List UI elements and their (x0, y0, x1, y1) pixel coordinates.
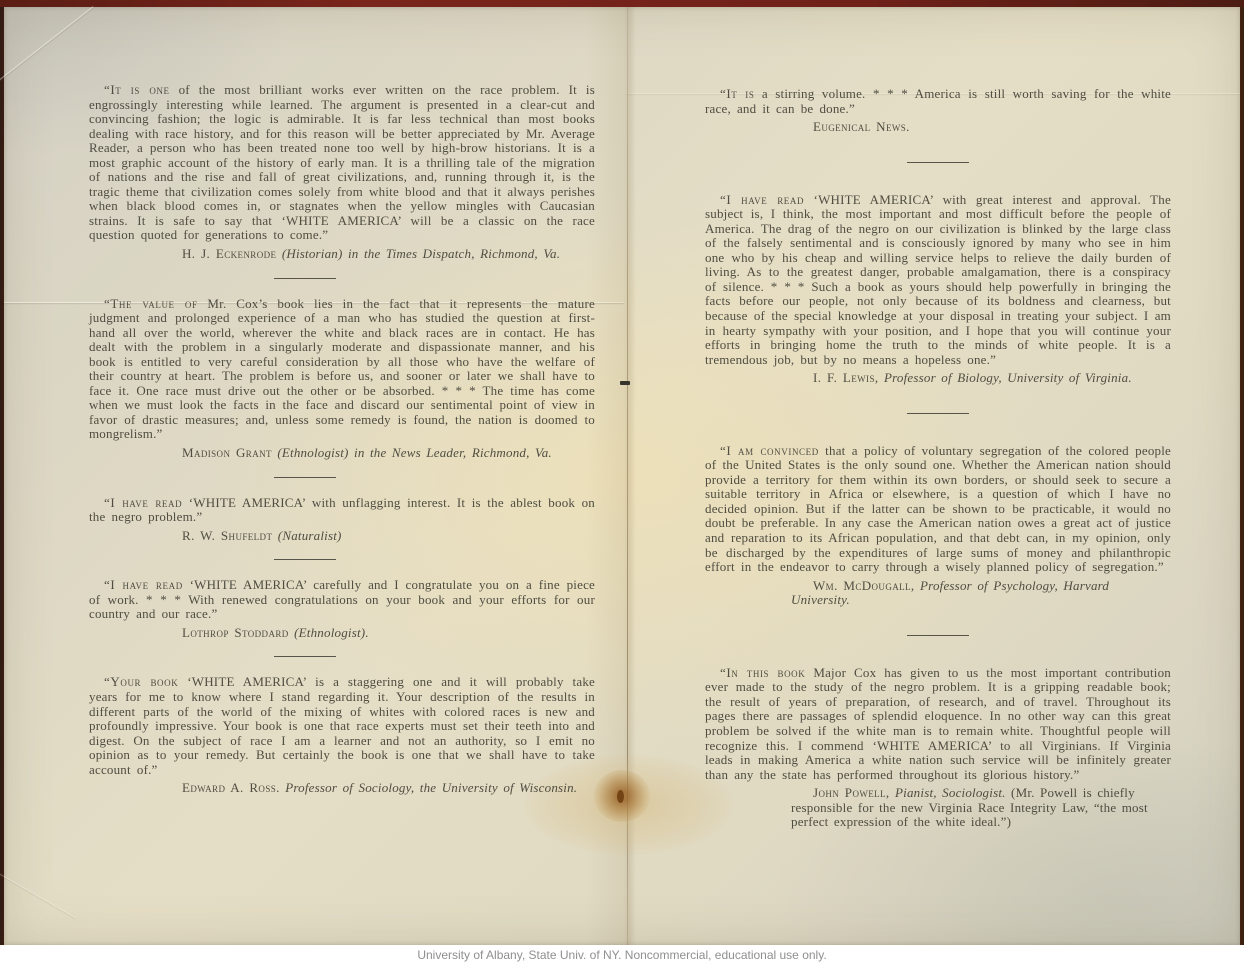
section-divider (274, 477, 336, 478)
section-divider (274, 278, 336, 279)
attribution-name: Lothrop Stoddard (182, 625, 289, 640)
review-attribution: Eugenical News. (705, 120, 1171, 135)
scan-backing-top-edge (0, 0, 1244, 7)
review-powell: “In this book Major Cox has given to us … (705, 666, 1171, 830)
review-body: ‘WHITE AMERICA’ with great interest and … (705, 192, 1171, 367)
review-lead: “Your book (104, 674, 178, 689)
attribution-role: Professor of Biology, University of Virg… (879, 370, 1132, 385)
review-lead: “The value of (104, 296, 198, 311)
review-lewis: “I have read ‘WHITE AMERICA’ with great … (705, 193, 1171, 386)
left-page: “It is one of the most brilliant works e… (89, 83, 595, 796)
review-body: Major Cox has given to us the most impor… (705, 665, 1171, 782)
attribution-role: (Naturalist) (272, 528, 341, 543)
review-attribution: Edward A. Ross. Professor of Sociology, … (89, 781, 595, 796)
attribution-name: John Powell, (813, 785, 890, 800)
attribution-role: Pianist, Sociologist. (890, 785, 1006, 800)
archive-caption: University of Albany, State Univ. of NY.… (0, 945, 1244, 966)
review-quote: “Your book ‘WHITE AMERICA’ is a staggeri… (89, 675, 595, 777)
review-quote: “I have read ‘WHITE AMERICA’ with unflag… (89, 496, 595, 525)
review-quote: “I have read ‘WHITE AMERICA’ with great … (705, 193, 1171, 368)
attribution-name: Edward A. Ross. (182, 780, 280, 795)
review-eugenical-news: “It is a stirring volume. * * * America … (705, 87, 1171, 135)
fold-notch-mark (620, 381, 630, 385)
section-divider (907, 162, 969, 163)
attribution-name: Madison Grant (182, 445, 272, 460)
review-lead: “I am convinced (720, 443, 819, 458)
review-attribution: Wm. McDougall, Professor of Psychology, … (705, 579, 1171, 608)
review-body: of the most brilliant works ever written… (89, 82, 595, 242)
review-quote: “It is one of the most brilliant works e… (89, 83, 595, 243)
review-mcdougall: “I am convinced that a policy of volunta… (705, 444, 1171, 608)
review-quote: “It is a stirring volume. * * * America … (705, 87, 1171, 116)
review-ross: “Your book ‘WHITE AMERICA’ is a staggeri… (89, 675, 595, 795)
review-lead: “I have read (720, 192, 804, 207)
review-attribution: R. W. Shufeldt (Naturalist) (89, 529, 595, 544)
attribution-role: (Historian) in the Times Dispatch, Richm… (276, 246, 560, 261)
review-attribution: Madison Grant (Ethnologist) in the News … (89, 446, 595, 461)
review-quote: “In this book Major Cox has given to us … (705, 666, 1171, 782)
section-divider (274, 559, 336, 560)
review-stoddard: “I have read ‘WHITE AMERICA’ carefully a… (89, 578, 595, 640)
section-divider (907, 635, 969, 636)
stain-center-spot (617, 790, 624, 803)
attribution-name: Wm. McDougall, (813, 578, 915, 593)
review-lead: “I have read (104, 495, 182, 510)
review-grant: “The value of Mr. Cox’s book lies in the… (89, 297, 595, 461)
attribution-name: Eugenical News. (813, 119, 910, 134)
paper-crease (0, 873, 76, 919)
review-lead: “In this book (720, 665, 805, 680)
attribution-name: R. W. Shufeldt (182, 528, 272, 543)
review-body: Mr. Cox’s book lies in the fact that it … (89, 296, 595, 442)
review-attribution: H. J. Eckenrode (Historian) in the Times… (89, 247, 595, 262)
review-attribution: John Powell, Pianist, Sociologist. (Mr. … (705, 786, 1171, 830)
paper-crease (0, 6, 94, 81)
section-divider (907, 413, 969, 414)
attribution-role: (Ethnologist) in the News Leader, Richmo… (272, 445, 552, 460)
review-lead: “It is (720, 86, 754, 101)
attribution-name: H. J. Eckenrode (182, 246, 276, 261)
attribution-role: Professor of Sociology, the University o… (280, 780, 577, 795)
review-lead: “It is one (104, 82, 170, 97)
review-body: ‘WHITE AMERICA’ is a staggering one and … (89, 674, 595, 776)
review-lead: “I have read (104, 577, 183, 592)
review-body: that a policy of voluntary segregation o… (705, 443, 1171, 574)
attribution-role: (Ethnologist). (289, 625, 369, 640)
review-attribution: Lothrop Stoddard (Ethnologist). (89, 626, 595, 641)
review-body: a stirring volume. * * * America is stil… (705, 86, 1171, 116)
section-divider (274, 656, 336, 657)
attribution-name: I. F. Lewis, (813, 370, 879, 385)
right-page: “It is a stirring volume. * * * America … (705, 87, 1171, 830)
document-paper: “It is one of the most brilliant works e… (4, 7, 1240, 945)
review-quote: “I am convinced that a policy of volunta… (705, 444, 1171, 575)
scanned-document: “It is one of the most brilliant works e… (0, 0, 1244, 966)
review-eckenrode: “It is one of the most brilliant works e… (89, 83, 595, 262)
review-shufeldt: “I have read ‘WHITE AMERICA’ with unflag… (89, 496, 595, 544)
review-quote: “I have read ‘WHITE AMERICA’ carefully a… (89, 578, 595, 622)
review-quote: “The value of Mr. Cox’s book lies in the… (89, 297, 595, 442)
review-attribution: I. F. Lewis, Professor of Biology, Unive… (705, 371, 1171, 386)
